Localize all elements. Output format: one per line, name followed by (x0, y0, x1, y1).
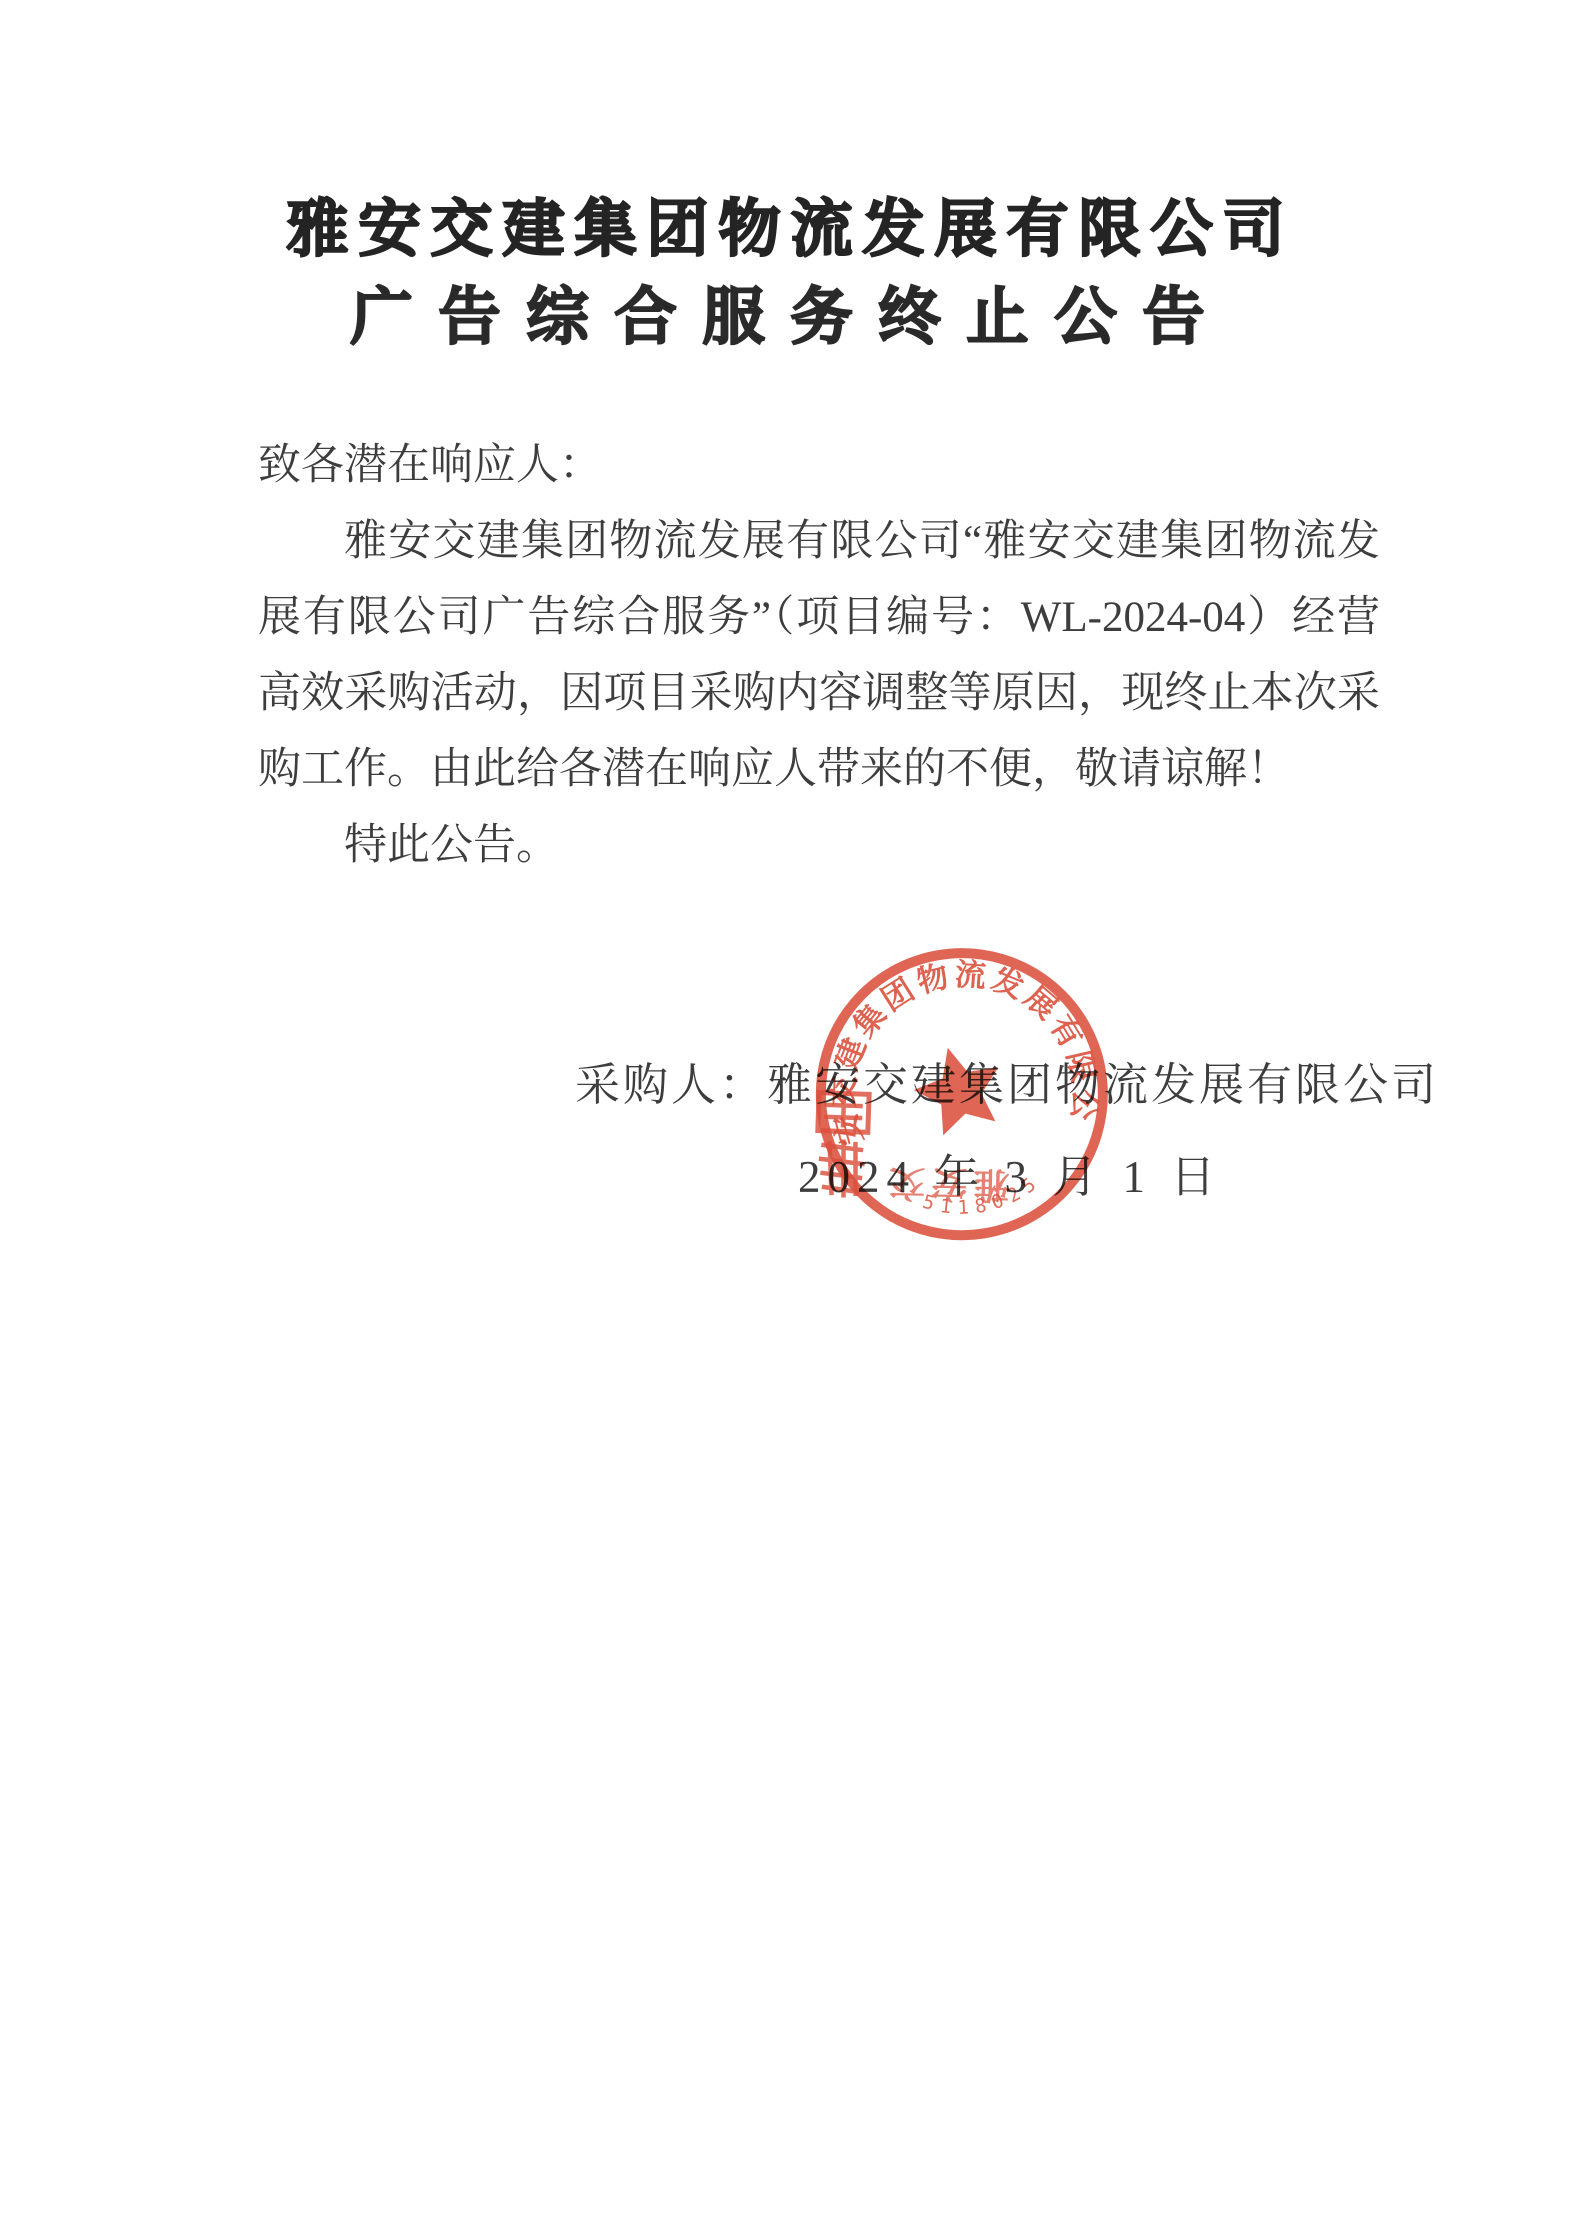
purchaser-label: 采购人： (575, 1060, 767, 1110)
title-line-1: 雅安交建集团物流发展有限公司 (0, 186, 1581, 274)
document-title: 雅安交建集团物流发展有限公司 广告综合服务终止公告 (0, 186, 1581, 362)
body-paragraph-2: 特此公告。 (258, 808, 1380, 884)
body-paragraph-1: 雅安交建集团物流发展有限公司“雅安交建集团物流发展有限公司广告综合服务”（项目编… (258, 504, 1380, 808)
seal-arc-text: 雅安交建集团物流发展有限公司 (775, 907, 1106, 1154)
date-line: 2024 年 3 月 1 日 (798, 1140, 1222, 1205)
purchaser-name: 雅安交建集团物流发展有限公司 (767, 1060, 1439, 1110)
purchaser-line: 采购人：雅安交建集团物流发展有限公司 (575, 1048, 1439, 1113)
title-line-2: 广告综合服务终止公告 (0, 274, 1581, 362)
document-page: 雅安交建集团物流发展有限公司 广告综合服务终止公告 致各潜在响应人： 雅安交建集… (0, 0, 1581, 2240)
salutation-line: 致各潜在响应人： (258, 428, 1380, 504)
document-body: 致各潜在响应人： 雅安交建集团物流发展有限公司“雅安交建集团物流发展有限公司广告… (258, 428, 1380, 884)
